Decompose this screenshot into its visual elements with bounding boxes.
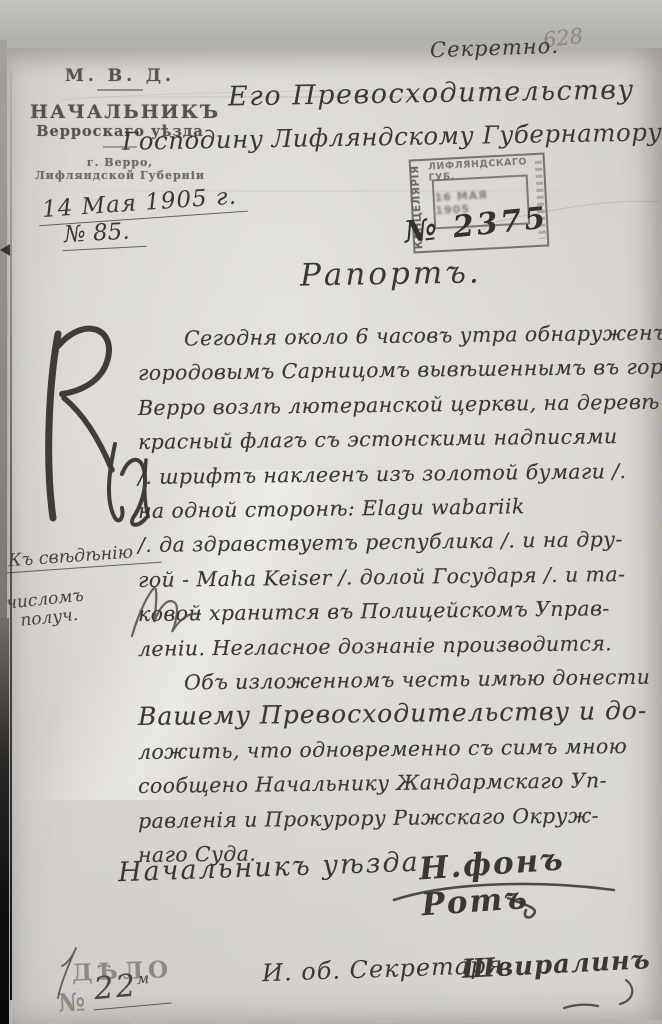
letterhead-place-line1: г. Верро, xyxy=(30,156,210,169)
file-number-suffix: м xyxy=(136,969,152,988)
paper-left-edge-line xyxy=(10,70,12,1000)
binding-shadow xyxy=(0,618,9,1024)
body-line: сообщено Начальнику Жандармскаго Уп- xyxy=(138,763,650,804)
letterhead: М. В. Д. НАЧАЛЬНИКЪ Верроскаго уѣзда г. … xyxy=(30,66,210,182)
report-body: Сегодня около 6 часовъ утра обнаруженъ г… xyxy=(138,322,650,873)
secretary-signature-flourish xyxy=(560,978,650,1014)
letterhead-ministry: М. В. Д. xyxy=(30,66,210,86)
chief-signature-flourish xyxy=(388,878,628,923)
letterhead-number: № 85. xyxy=(61,218,146,251)
body-line: красный флагъ съ эстонскими надписями xyxy=(138,419,650,460)
margin-note-flourish xyxy=(120,578,210,648)
file-number: 22м xyxy=(90,965,171,1011)
body-line: ковой хранится въ Полицейскомъ Управ- xyxy=(138,591,650,632)
report-title: Рапортъ. xyxy=(300,254,482,293)
photo-left-edge xyxy=(0,40,7,625)
secrecy-label: Секретно. xyxy=(430,34,560,62)
pen-slash-mark xyxy=(50,944,90,1004)
file-number-value: 22 xyxy=(92,968,138,1008)
letterhead-office-line1: НАЧАЛЬНИКЪ xyxy=(30,101,210,123)
letterhead-rule xyxy=(97,89,143,91)
resolution-scrawl-mark xyxy=(18,312,178,552)
letterhead-place-line2: Лифляндской Губерніи xyxy=(30,169,210,182)
margin-note-line1: Къ свѣдѣнію xyxy=(5,541,161,574)
